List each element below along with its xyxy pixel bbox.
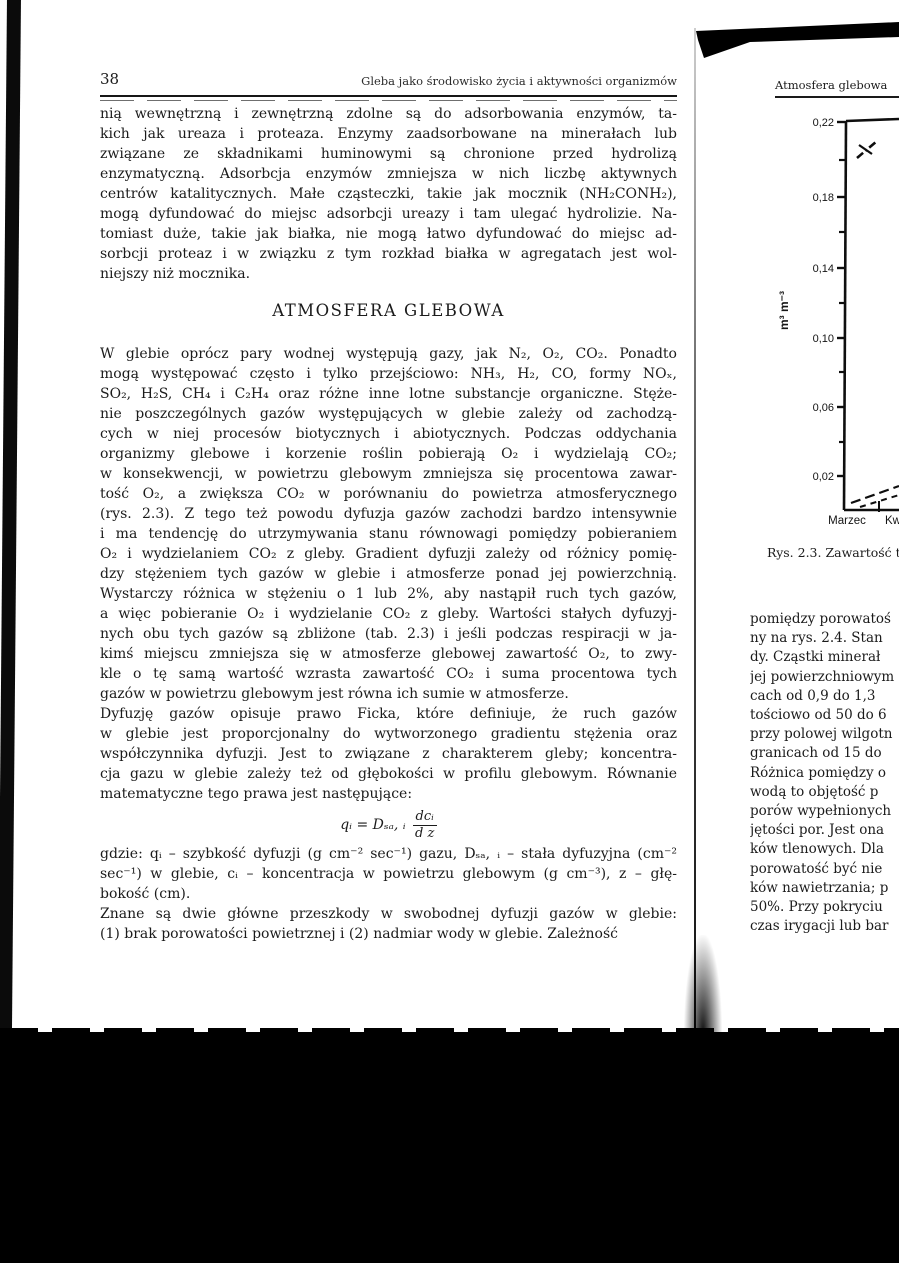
y-tick-label: 0,10	[813, 333, 834, 345]
left-page-header: 38 Gleba jako środowisko życia i aktywno…	[100, 70, 677, 88]
text-line: Różnica pomiędzy o	[750, 764, 899, 783]
y-tick-label: 0,22	[813, 117, 834, 129]
left-page-body: nią wewnętrzną i zewnętrzną zdolne są do…	[100, 104, 677, 944]
text-line: gazów w powietrzu glebowym jest równa ic…	[100, 684, 677, 704]
text-line: ków nawietrzania; p	[750, 879, 899, 898]
text-line: tość O₂, a zwiększa CO₂ w porównaniu do …	[100, 484, 677, 504]
formula-fraction: dcᵢ d z	[413, 809, 437, 841]
page-number: 38	[100, 70, 119, 88]
book-spine-shadow	[0, 0, 21, 1041]
text-line: nych obu tych gazów są zbliżone (tab. 2.…	[100, 624, 677, 644]
text-line: kimś miejscu zmniejsza się w atmosferze …	[100, 644, 677, 664]
text-line: jej powierzchniowym	[750, 668, 899, 687]
text-line: ny na rys. 2.4. Stan	[750, 629, 899, 648]
right-page-body: pomiędzy porowatośny na rys. 2.4. Standy…	[750, 610, 899, 936]
paragraph-fick-law: Dyfuzję gazów opisuje prawo Ficka, które…	[100, 704, 677, 804]
text-line: nie poszczególnych gazów występujących w…	[100, 404, 677, 424]
chart-svg: 0,22 0,18 0,14 0,10 0,06 0,02 m³ m⁻³ Mar…	[738, 98, 899, 572]
text-line: cja gazu w glebie zależy też od głębokoś…	[100, 764, 677, 784]
fick-law-formula: qᵢ = Dₛₐ, ᵢ dcᵢ d z	[100, 809, 677, 841]
text-line: centrów katalitycznych. Małe cząsteczki,…	[100, 184, 677, 204]
text-line: sorbcji proteaz i w związku z tym rozkła…	[100, 244, 677, 264]
text-line: (1) brak porowatości powietrznej i (2) n…	[100, 924, 677, 944]
text-line: matematyczne tego prawa jest następujące…	[100, 784, 677, 804]
page-gutter-shadow	[684, 935, 722, 1035]
figure-caption: Rys. 2.3. Zawartość tle	[767, 545, 899, 560]
paragraph-adsorption: nią wewnętrzną i zewnętrzną zdolne są do…	[100, 104, 677, 284]
section-heading: ATMOSFERA GLEBOWA	[100, 301, 677, 321]
text-line: w konsekwencji, w powietrzu glebowym zmn…	[100, 464, 677, 484]
x-tick-label: Kw	[885, 515, 899, 527]
text-line: sec⁻¹) w glebie, cᵢ – koncentracja w pow…	[100, 864, 677, 884]
text-line: ków tlenowych. Dla	[750, 840, 899, 859]
text-line: jętości por. Jest ona	[750, 821, 899, 840]
text-line: Dyfuzję gazów opisuje prawo Ficka, które…	[100, 704, 677, 724]
text-line: cych w niej procesów biotycznych i abiot…	[100, 424, 677, 444]
text-line: czas irygacji lub bar	[750, 917, 899, 936]
text-line: nią wewnętrzną i zewnętrzną zdolne są do…	[100, 104, 677, 124]
text-line: W glebie oprócz pary wodnej występują ga…	[100, 344, 677, 364]
book-scan: 38 Gleba jako środowisko życia i aktywno…	[0, 0, 899, 1263]
text-line: i ma tendencję do utrzymywania stanu rów…	[100, 524, 677, 544]
text-line: mogą występować często i tylko przejścio…	[100, 364, 677, 384]
y-axis	[844, 122, 846, 510]
curve-fragment-top	[857, 141, 877, 158]
text-line: dzy stężeniem tych gazów w glebie i atmo…	[100, 564, 677, 584]
header-rule	[100, 95, 677, 97]
top-frame-line	[846, 119, 899, 121]
paragraph-formula-legend: gdzie: qᵢ – szybkość dyfuzji (g cm⁻² sec…	[100, 844, 677, 904]
dashed-series-line	[851, 486, 899, 503]
formula-numerator: dcᵢ	[413, 809, 437, 826]
text-line: granicach od 15 do	[750, 744, 899, 763]
y-tick-label: 0,06	[813, 402, 834, 414]
y-axis-label: m³ m⁻³	[777, 291, 791, 330]
text-line: porów wypełnionych	[750, 802, 899, 821]
text-line: (rys. 2.3). Z tego też powodu dyfuzja ga…	[100, 504, 677, 524]
y-tick-label: 0,02	[813, 471, 834, 483]
text-line: w glebie jest proporcjonalny do wytworzo…	[100, 724, 677, 744]
scan-bottom-band	[0, 1032, 899, 1263]
text-line: kle o tę samą wartość wzrasta zawartość …	[100, 664, 677, 684]
paragraph-soil-gases: W glebie oprócz pary wodnej występują ga…	[100, 344, 677, 704]
text-line: współczynnika dyfuzji. Jest to związane …	[100, 744, 677, 764]
text-line: 50%. Przy pokryciu	[750, 898, 899, 917]
text-line: niejszy niż mocznika.	[100, 264, 677, 284]
text-line: enzymatyczną. Adsorbcja enzymów zmniejsz…	[100, 164, 677, 184]
page-gutter-edge	[694, 28, 696, 1032]
text-line: związane ze składnikami huminowymi są ch…	[100, 144, 677, 164]
text-line: kich jak ureaza i proteaza. Enzymy zaads…	[100, 124, 677, 144]
formula-lhs: qᵢ = Dₛₐ, ᵢ	[340, 815, 405, 835]
text-line: O₂ i wydzielaniem CO₂ z gleby. Gradient …	[100, 544, 677, 564]
text-line: Znane są dwie główne przeszkody w swobod…	[100, 904, 677, 924]
text-line: bokość (cm).	[100, 884, 677, 904]
text-line: cach od 0,9 do 1,3	[750, 687, 899, 706]
text-line: pomiędzy porowatoś	[750, 610, 899, 629]
text-line: mogą dyfundować do miejsc adsorbcji urea…	[100, 204, 677, 224]
text-line: tościowo od 50 do 6	[750, 706, 899, 725]
text-line: gdzie: qᵢ – szybkość dyfuzji (g cm⁻² sec…	[100, 844, 677, 864]
text-line: a więc pobieranie O₂ i wydzielanie CO₂ z…	[100, 604, 677, 624]
text-line: wodą to objętość p	[750, 783, 899, 802]
figure-2-3-chart: 0,22 0,18 0,14 0,10 0,06 0,02 m³ m⁻³ Mar…	[738, 98, 899, 572]
right-running-header: Atmosfera glebowa	[775, 78, 887, 92]
text-line: Wystarczy różnica w stężeniu o 1 lub 2%,…	[100, 584, 677, 604]
page-curl-wedge	[688, 16, 899, 68]
text-line: organizmy glebowe i korzenie roślin pobi…	[100, 444, 677, 464]
text-line: przy polowej wilgotn	[750, 725, 899, 744]
x-tick-label: Marzec	[828, 515, 866, 527]
text-line: dy. Cząstki minerał	[750, 648, 899, 667]
y-tick-label: 0,18	[813, 192, 834, 204]
text-line: SO₂, H₂S, CH₄ i C₂H₄ oraz różne inne lot…	[100, 384, 677, 404]
running-header: Gleba jako środowisko życia i aktywności…	[361, 74, 677, 88]
text-line: tomiast duże, takie jak białka, nie mogą…	[100, 224, 677, 244]
text-line: porowatość być nie	[750, 860, 899, 879]
y-tick-label: 0,14	[813, 263, 834, 275]
header-rule-broken	[100, 100, 677, 101]
formula-denominator: d z	[413, 826, 437, 842]
paragraph-diffusion-obstacles: Znane są dwie główne przeszkody w swobod…	[100, 904, 677, 944]
